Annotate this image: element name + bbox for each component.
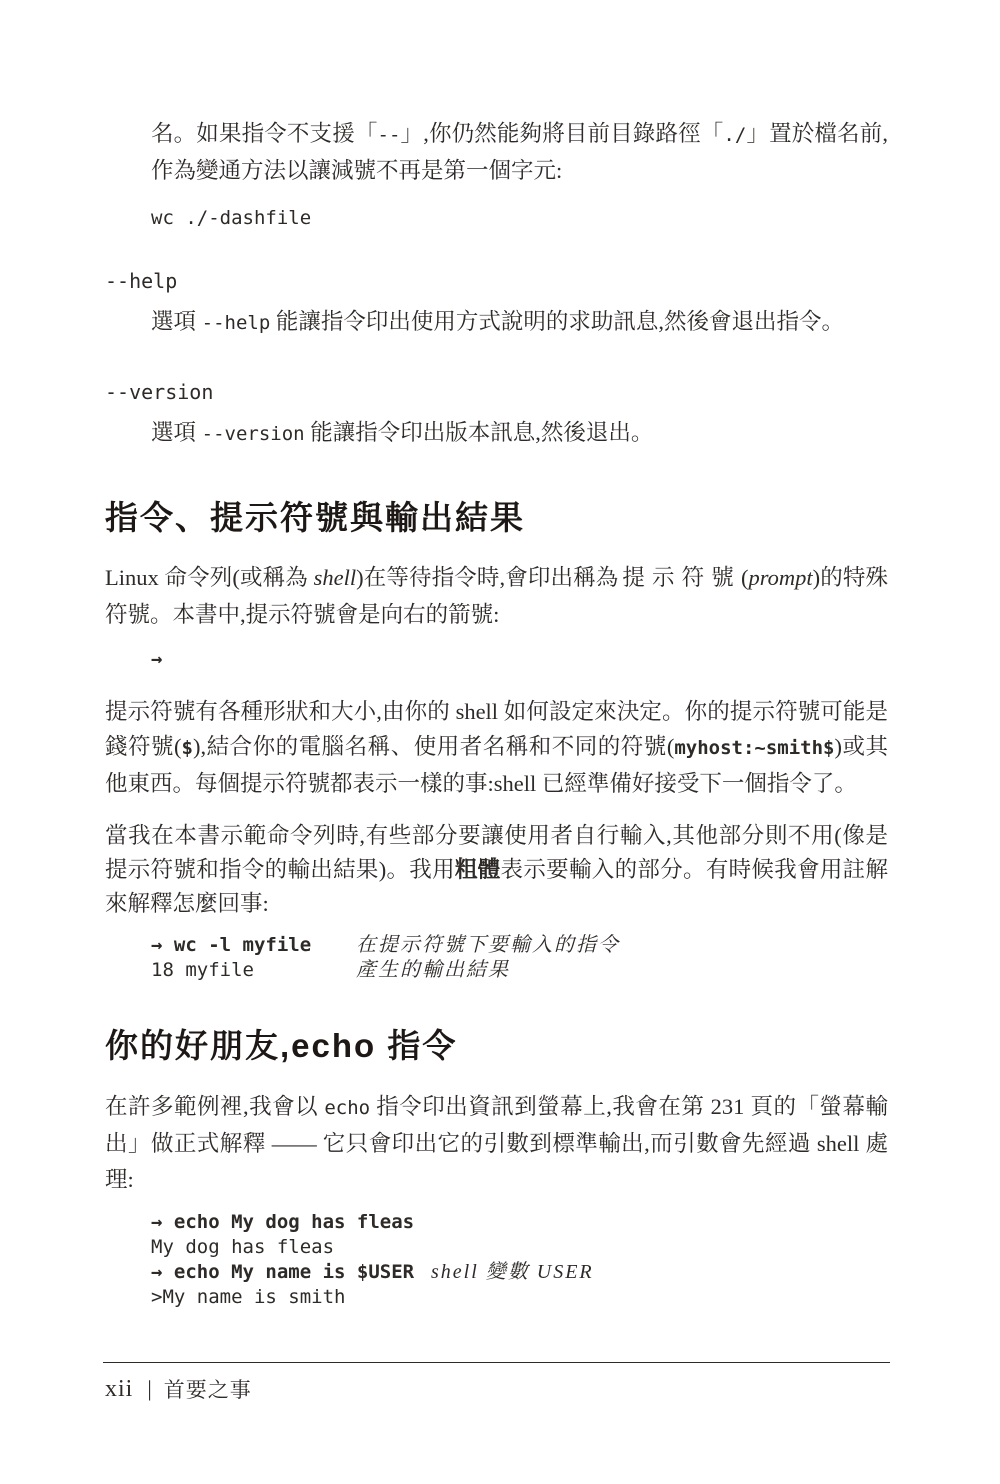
book-page: 名。如果指令不支援「--」,你仍然能夠將目前目錄路徑「./」置於檔名前,作為變通… <box>0 0 1000 1484</box>
code-comment: 在提示符號下要輸入的指令 <box>356 933 620 958</box>
option-term-help: --help <box>105 269 888 293</box>
text-segment: 選項 <box>151 309 202 334</box>
text-segment: 在許多範例裡,我會以 <box>105 1094 324 1119</box>
text-segment: 能讓指令印出使用方式說明的求助訊息,然後會退出指令。 <box>270 309 844 334</box>
term-prompt-italic: prompt <box>748 565 812 590</box>
paragraph-echo-intro: 在許多範例裡,我會以 echo 指令印出資訊到螢幕上,我會在第 231 頁的「螢… <box>105 1089 888 1198</box>
paragraph-prompt-shapes: 提示符號有各種形狀和大小,由你的 shell 如何設定來決定。你的提示符號可能是… <box>105 694 888 801</box>
paragraph-shell-prompt-intro: Linux 命令列(或稱為 shell)在等待指令時,會印出稱為提示符號(pro… <box>105 559 888 633</box>
text-segment: Linux 命令列(或稱為 <box>105 565 314 590</box>
paragraph-dash-workaround: 名。如果指令不支援「--」,你仍然能夠將目前目錄路徑「./」置於檔名前,作為變通… <box>151 116 888 188</box>
inline-code-version: --version <box>202 423 305 445</box>
section-heading-echo-friend: 你的好朋友,echo 指令 <box>105 1025 888 1067</box>
footer-section-title: 首要之事 <box>164 1374 252 1404</box>
term-prompt-emphasis: 提示符號 <box>622 565 741 590</box>
code-row: >My name is smith <box>151 1285 888 1310</box>
code-output: >My name is smith <box>151 1285 431 1310</box>
term-shell-italic: shell <box>314 565 357 590</box>
prompt-arrow-example: → <box>151 647 888 672</box>
text-segment: )在等待指令時,會印出稱為 <box>356 565 618 590</box>
text-segment: 能讓指令印出版本訊息,然後退出。 <box>305 420 654 445</box>
inline-code-dollar: $ <box>182 737 193 759</box>
option-description-help: 選項 --help 能讓指令印出使用方式說明的求助訊息,然後會退出指令。 <box>151 303 888 342</box>
code-example-echo: → echo My dog has fleas My dog has fleas… <box>151 1210 888 1310</box>
code-example-wc: → wc -l myfile 在提示符號下要輸入的指令 18 myfile 產生… <box>151 933 888 983</box>
code-wc-dashfile: wc ./-dashfile <box>151 206 888 231</box>
code-row: → wc -l myfile 在提示符號下要輸入的指令 <box>151 933 888 958</box>
footer-rule <box>103 1362 890 1363</box>
text-segment: 」,你仍然能夠將目前目錄路徑「 <box>400 121 723 146</box>
option-term-version: --version <box>105 380 888 404</box>
code-command: → echo My dog has fleas <box>151 1210 431 1235</box>
inline-code-myhost-prompt: myhost:~smith$ <box>674 737 834 759</box>
option-description-version: 選項 --version 能讓指令印出版本訊息,然後退出。 <box>151 414 888 453</box>
footer-separator: | <box>147 1376 151 1402</box>
code-command: → wc -l myfile <box>151 933 356 958</box>
inline-code-double-dash: -- <box>378 124 401 146</box>
code-comment: shell 變數 USER <box>431 1260 594 1285</box>
paragraph-bold-input-convention: 當我在本書示範命令列時,有些部分要讓使用者自行輸入,其他部分則不用(像是提示符號… <box>105 819 888 921</box>
section-heading-commands-prompts-output: 指令、提示符號與輸出結果 <box>105 497 888 539</box>
code-row: 18 myfile 產生的輸出結果 <box>151 958 888 983</box>
code-comment: 產生的輸出結果 <box>356 958 510 983</box>
term-bold-emphasis: 粗體 <box>455 857 501 882</box>
inline-code-dot-slash: ./ <box>723 124 746 146</box>
code-output: 18 myfile <box>151 958 356 983</box>
code-row: → echo My dog has fleas <box>151 1210 888 1235</box>
text-segment: ),結合你的電腦名稱、使用者名稱和不同的符號( <box>193 734 674 759</box>
inline-code-help: --help <box>202 312 271 334</box>
page-footer: xii | 首要之事 <box>105 1374 252 1404</box>
text-segment: 名。如果指令不支援「 <box>151 121 378 146</box>
code-output: My dog has fleas <box>151 1235 431 1260</box>
code-row: → echo My name is $USER shell 變數 USER <box>151 1260 888 1285</box>
code-row: My dog has fleas <box>151 1235 888 1260</box>
text-segment: 選項 <box>151 420 202 445</box>
page-number: xii <box>105 1376 133 1403</box>
code-command: → echo My name is $USER <box>151 1260 431 1285</box>
inline-code-echo: echo <box>324 1097 370 1119</box>
